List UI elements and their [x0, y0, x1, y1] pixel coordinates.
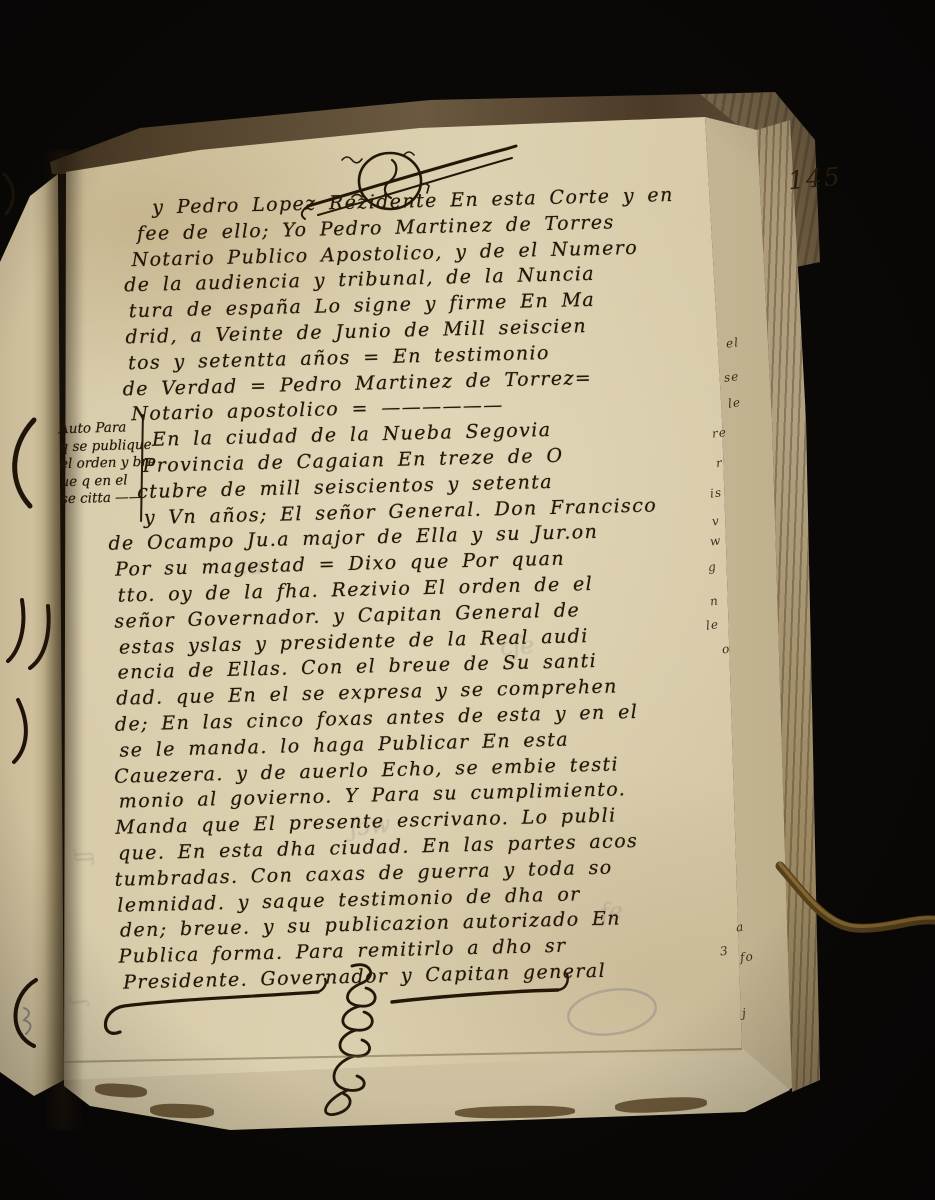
- edge-text-fragment: v: [711, 514, 720, 529]
- edge-text-fragments: elselererisvwgnleoa3foj: [0, 0, 935, 1200]
- manuscript-photograph: cʃe ʃɔw ɛu ƒe ʃʃ ʃ 145 Auto Paraq se pub…: [0, 0, 935, 1200]
- edge-text-fragment: re: [711, 425, 727, 441]
- edge-text-fragment: le: [727, 395, 742, 410]
- edge-text-fragment: le: [705, 617, 720, 632]
- edge-text-fragment: n: [709, 594, 719, 609]
- edge-text-fragment: 3: [719, 944, 729, 959]
- edge-text-fragment: el: [725, 335, 740, 350]
- edge-text-fragment: fo: [739, 949, 754, 965]
- edge-text-fragment: is: [709, 485, 723, 500]
- edge-text-fragment: r: [715, 456, 723, 471]
- edge-text-fragment: se: [723, 369, 740, 385]
- edge-text-fragment: w: [709, 533, 722, 548]
- edge-text-fragment: j: [741, 1006, 747, 1020]
- edge-text-fragment: g: [707, 560, 717, 575]
- edge-text-fragment: a: [735, 920, 745, 935]
- edge-text-fragment: o: [721, 642, 731, 657]
